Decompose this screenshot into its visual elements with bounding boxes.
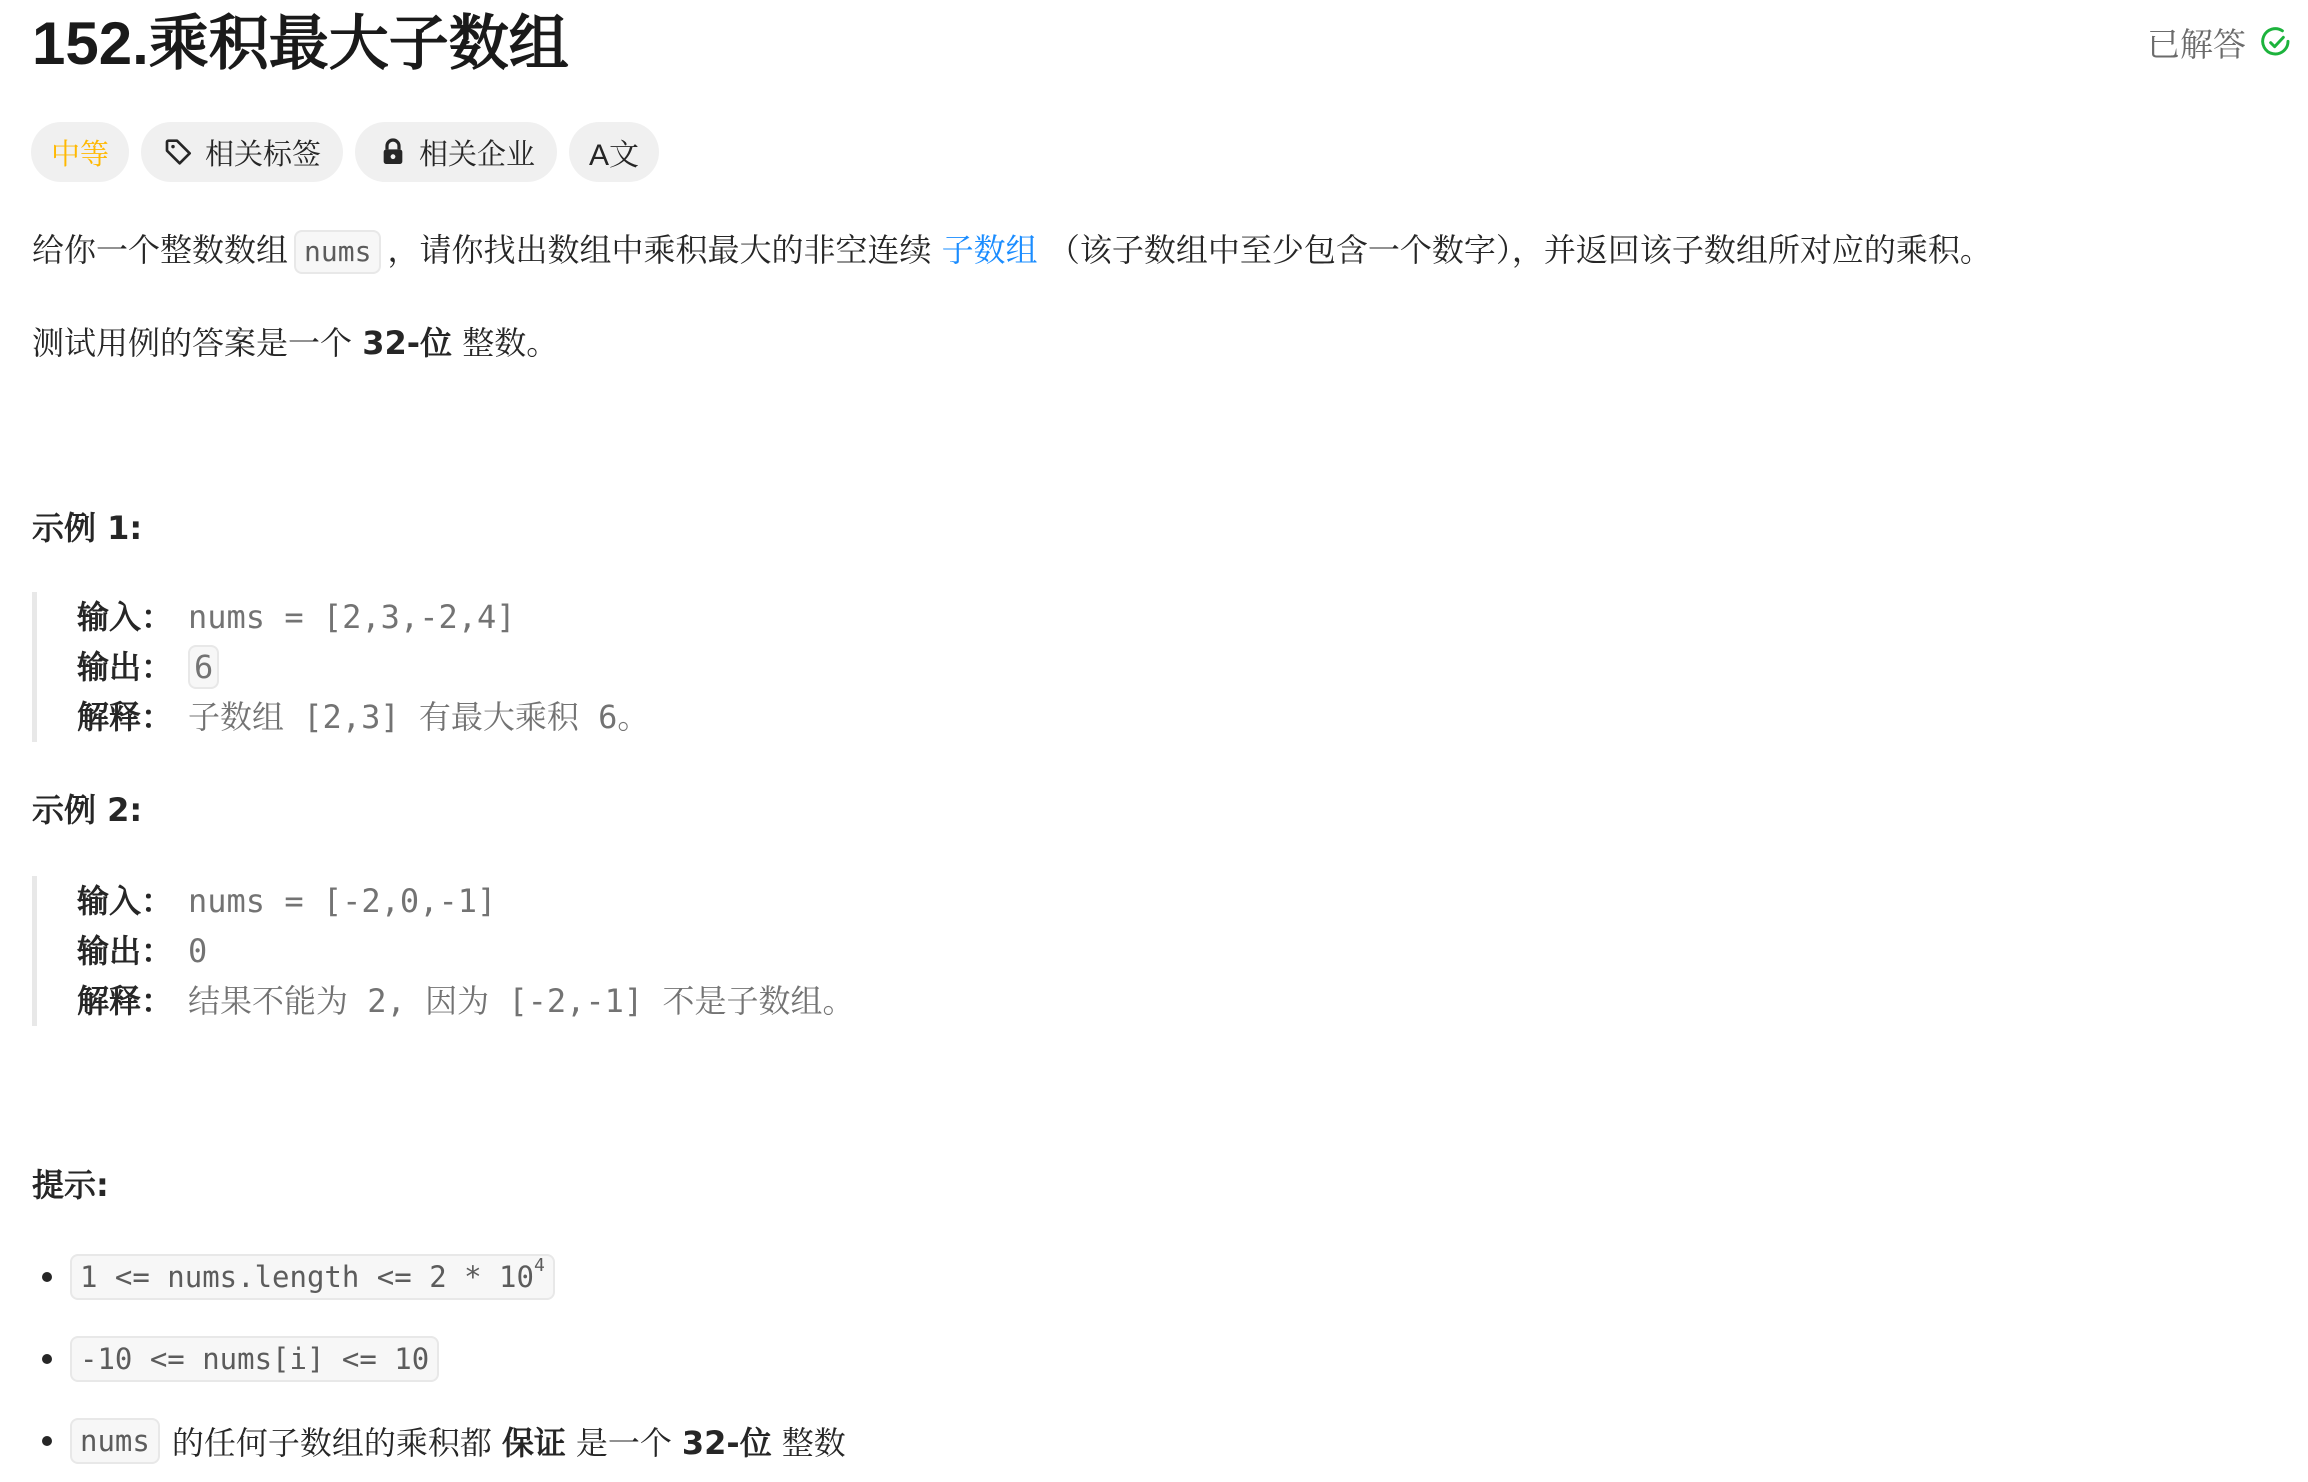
translate-icon: A文 [589, 130, 639, 174]
constraints-heading: 提示: [32, 1162, 109, 1208]
desc-text: ，请你找出数组中乘积最大的非空连续 [387, 231, 931, 269]
constraint-code: -10 <= nums[i] <= 10 [70, 1336, 439, 1382]
subarray-link[interactable]: 子数组 [942, 231, 1038, 269]
bullet-dot [42, 1272, 52, 1282]
constraint-code: 1 <= nums.length <= 2 * 104 [70, 1254, 555, 1300]
related-companies-button[interactable]: 相关企业 [355, 122, 557, 182]
translate-button[interactable]: A文 [569, 122, 659, 182]
output-value: 0 [188, 926, 207, 976]
explanation-value: 结果不能为 2, 因为 [-2,-1] 不是子数组。 [188, 976, 854, 1026]
check-circle-icon [2260, 26, 2292, 58]
inline-code-nums: nums [294, 230, 381, 274]
output-label: 输出： [77, 642, 188, 692]
problem-title: 152.乘积最大子数组 [32, 6, 569, 82]
related-tags-button[interactable]: 相关标签 [141, 122, 343, 182]
code-text: 1 <= nums.length <= 2 * 10 [80, 1260, 534, 1294]
example-explanation-line: 解释： 结果不能为 2, 因为 [-2,-1] 不是子数组。 [77, 976, 854, 1026]
constraint-text: 的任何子数组的乘积都 [172, 1418, 492, 1464]
example-output-line: 输出： 6 [77, 642, 649, 692]
input-label: 输入： [77, 592, 188, 642]
difficulty-badge: 中等 [31, 122, 129, 182]
desc-text: 整数。 [462, 324, 558, 362]
example-2-block: 输入： nums = [-2,0,-1] 输出： 0 解释： 结果不能为 2, … [32, 876, 854, 1026]
bold-text: 保证 [502, 1418, 566, 1464]
example-1-heading: 示例 1: [32, 505, 142, 551]
solved-label: 已解答 [2147, 19, 2246, 66]
example-output-line: 输出： 0 [77, 926, 854, 976]
example-1-block: 输入： nums = [2,3,-2,4] 输出： 6 解释： 子数组 [2,3… [32, 592, 649, 742]
example-input-line: 输入： nums = [-2,0,-1] [77, 876, 854, 926]
bold-text: 32-位 [682, 1418, 772, 1464]
example-input-line: 输入： nums = [2,3,-2,4] [77, 592, 649, 642]
exponent: 4 [534, 1255, 545, 1276]
bold-text: 32-位 [362, 324, 452, 362]
description-paragraph-1: 给你一个整数数组nums，请你找出数组中乘积最大的非空连续 子数组 （该子数组中… [32, 227, 1992, 274]
related-tags-label: 相关标签 [205, 132, 321, 173]
constraint-item: -10 <= nums[i] <= 10 [32, 1336, 439, 1382]
bullet-dot [42, 1436, 52, 1446]
problem-title-text: 乘积最大子数组 [149, 9, 569, 79]
example-explanation-line: 解释： 子数组 [2,3] 有最大乘积 6。 [77, 692, 649, 742]
description-paragraph-2: 测试用例的答案是一个 32-位 整数。 [32, 320, 558, 366]
desc-text: （该子数组中至少包含一个数字），并返回该子数组所对应的乘积。 [1048, 231, 1992, 269]
related-companies-label: 相关企业 [419, 132, 535, 173]
constraint-code: nums [70, 1418, 160, 1464]
bullet-dot [42, 1354, 52, 1364]
example-2-heading: 示例 2: [32, 787, 142, 833]
output-label: 输出： [77, 926, 188, 976]
solved-status: 已解答 [2147, 20, 2292, 64]
lock-icon [377, 136, 409, 168]
tags-row: 中等 相关标签 相关企业 A文 [31, 122, 659, 182]
input-value: nums = [2,3,-2,4] [188, 592, 516, 642]
desc-text: 给你一个整数数组 [32, 231, 288, 269]
input-value: nums = [-2,0,-1] [188, 876, 496, 926]
explanation-label: 解释： [77, 692, 188, 742]
constraint-item: 1 <= nums.length <= 2 * 104 [32, 1254, 555, 1300]
problem-number: 152. [32, 10, 149, 77]
difficulty-label: 中等 [51, 132, 109, 173]
explanation-value: 子数组 [2,3] 有最大乘积 6。 [188, 692, 649, 742]
constraint-item: nums 的任何子数组的乘积都 保证 是一个 32-位 整数 [32, 1418, 846, 1464]
constraint-text: 整数 [782, 1418, 846, 1464]
explanation-label: 解释： [77, 976, 188, 1026]
tag-icon [163, 136, 195, 168]
constraint-text: 是一个 [576, 1418, 672, 1464]
input-label: 输入： [77, 876, 188, 926]
desc-text: 测试用例的答案是一个 [32, 324, 352, 362]
output-value: 6 [188, 645, 219, 689]
